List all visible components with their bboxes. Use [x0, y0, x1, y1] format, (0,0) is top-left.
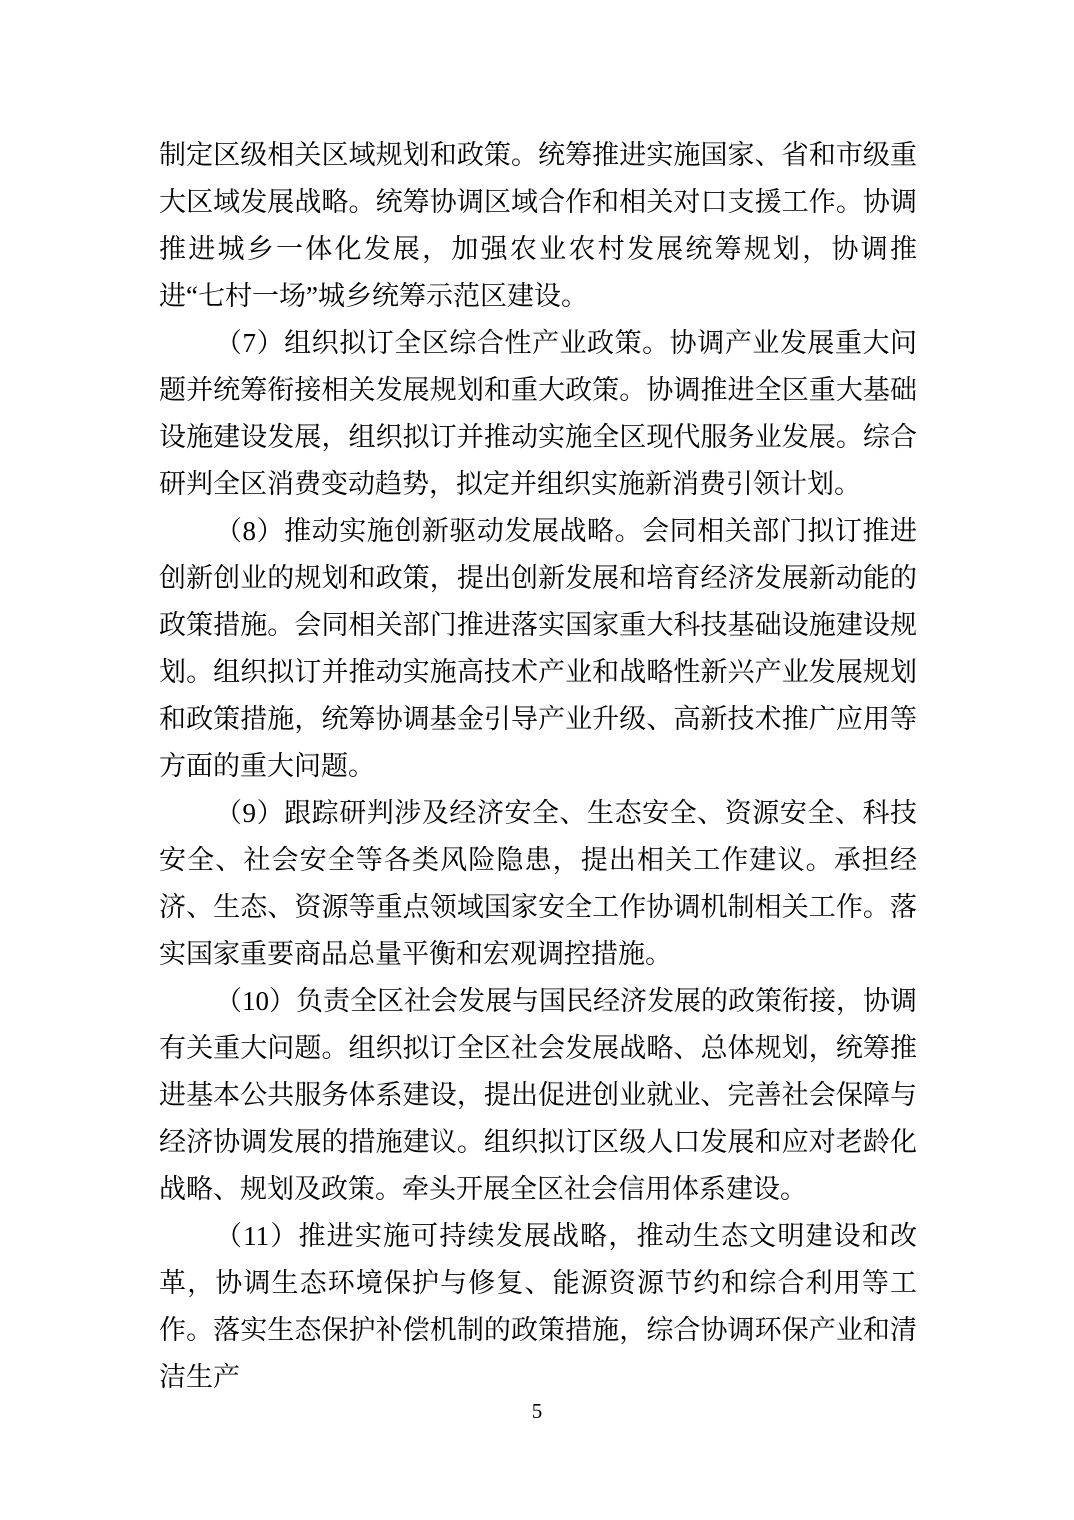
body-paragraph-item-9: （9）跟踪研判涉及经济安全、生态安全、资源安全、科技安全、社会安全等各类风险隐患… — [159, 790, 917, 978]
body-paragraph-item-10: （10）负责全区社会发展与国民经济发展的政策衔接，协调有关重大问题。组织拟订全区… — [159, 978, 917, 1213]
body-paragraph-item-7: （7）组织拟订全区综合性产业政策。协调产业发展重大问题并统筹衔接相关发展规划和重… — [159, 320, 917, 508]
page-footer: 5 — [0, 1399, 1074, 1424]
body-paragraph-item-11: （11）推进实施可持续发展战略，推动生态文明建设和改革，协调生态环境保护与修复、… — [159, 1213, 917, 1401]
body-paragraph-continuation: 制定区级相关区域规划和政策。统筹推进实施国家、省和市级重大区域发展战略。统筹协调… — [159, 132, 917, 320]
document-page: 制定区级相关区域规划和政策。统筹推进实施国家、省和市级重大区域发展战略。统筹协调… — [0, 0, 1074, 1520]
body-paragraph-item-8: （8）推动实施创新驱动发展战略。会同相关部门拟订推进创新创业的规划和政策，提出创… — [159, 508, 917, 790]
page-number: 5 — [532, 1399, 543, 1423]
document-body: 制定区级相关区域规划和政策。统筹推进实施国家、省和市级重大区域发展战略。统筹协调… — [159, 132, 917, 1401]
